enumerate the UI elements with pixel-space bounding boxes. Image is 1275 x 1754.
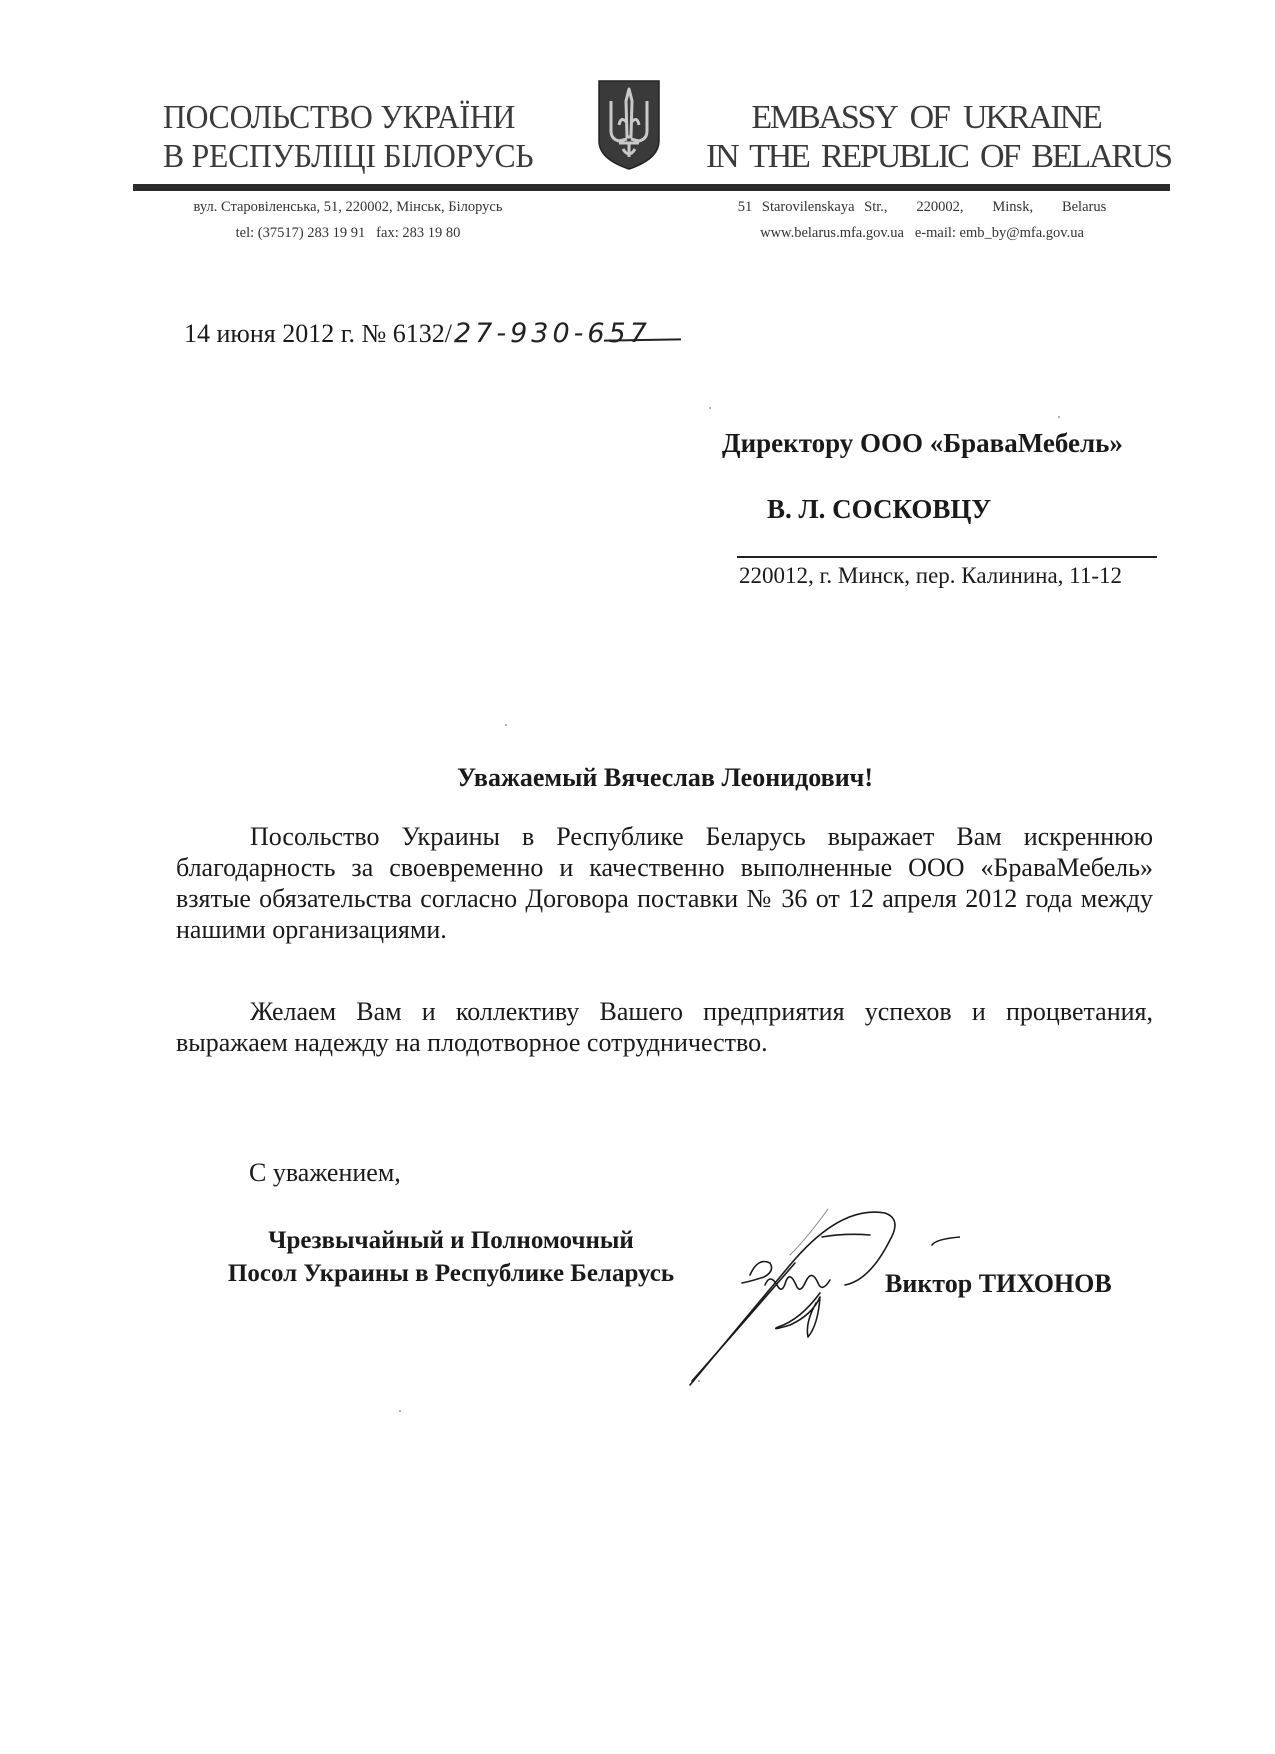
signer-title-line-1: Чрезвычайный и Полномочный (150, 1224, 752, 1257)
contact-block-en: 51 Starovilenskaya Str., 220002, Minsk, … (722, 194, 1122, 246)
address-en: 51 Starovilenskaya Str., 220002, Minsk, … (722, 194, 1122, 220)
letterhead-name-en-line-2: IN THE REPUBLIC OF BELARUS (706, 137, 1146, 176)
letterhead-name-en-line-1: EMBASSY OF UKRAINE (706, 98, 1146, 137)
signer-title-line-2: Посол Украины в Республике Беларусь (150, 1257, 752, 1290)
body-paragraph-2-text: Желаем Вам и коллективу Вашего предприят… (176, 996, 1153, 1058)
web-email-en: www.belarus.mfa.gov.ua e-mail: emb_by@mf… (722, 220, 1122, 246)
body-paragraph-1-text: Посольство Украины в Республике Беларусь… (176, 821, 1153, 945)
letterhead-name-ua-line-1: ПОСОЛЬСТВО УКРАЇНИ (163, 98, 533, 137)
salutation: Уважаемый Вячеслав Леонидович! (0, 762, 1275, 794)
recipient-position: Директору ООО «БраваМебель» (722, 426, 1123, 460)
letterhead-name-ua: ПОСОЛЬСТВО УКРАЇНИ В РЕСПУБЛІЦІ БІЛОРУСЬ (163, 98, 533, 176)
reference-line: 14 июня 2012 г. № 6132/27-930-657 (184, 317, 651, 351)
recipient-name: В. Л. СОСКОВЦУ (767, 492, 991, 526)
letterhead-name-ua-line-2: В РЕСПУБЛІЦІ БІЛОРУСЬ (163, 137, 533, 176)
complimentary-close: С уважением, (249, 1157, 401, 1189)
contact-block-ua: вул. Старовіленська, 51, 220002, Мінськ,… (172, 194, 524, 246)
scan-speck (1058, 416, 1060, 418)
address-ua: вул. Старовіленська, 51, 220002, Мінськ,… (172, 194, 524, 220)
letter-date: 14 июня 2012 г. (184, 319, 355, 348)
letterhead-divider (133, 184, 1170, 191)
trident-coat-of-arms-icon (597, 79, 661, 171)
scan-speck (505, 724, 507, 726)
scan-speck (709, 407, 711, 409)
letter-number-prefix: № 6132/ (361, 319, 452, 348)
scan-speck (399, 1410, 401, 1412)
signer-name: Виктор ТИХОНОВ (885, 1268, 1112, 1300)
recipient-address: 220012, г. Минск, пер. Калинина, 11-12 (739, 561, 1122, 591)
handwritten-registration-number: 27-930-657 (454, 318, 651, 349)
scan-speck (698, 1380, 700, 1382)
letterhead-name-en: EMBASSY OF UKRAINE IN THE REPUBLIC OF BE… (706, 98, 1146, 176)
phones-ua: tel: (37517) 283 19 91 fax: 283 19 80 (172, 220, 524, 246)
body-paragraph-2: Желаем Вам и коллективу Вашего предприят… (176, 996, 1153, 1058)
recipient-divider (737, 556, 1157, 558)
signer-title: Чрезвычайный и Полномочный Посол Украины… (150, 1224, 752, 1290)
body-paragraph-1: Посольство Украины в Республике Беларусь… (176, 821, 1153, 945)
